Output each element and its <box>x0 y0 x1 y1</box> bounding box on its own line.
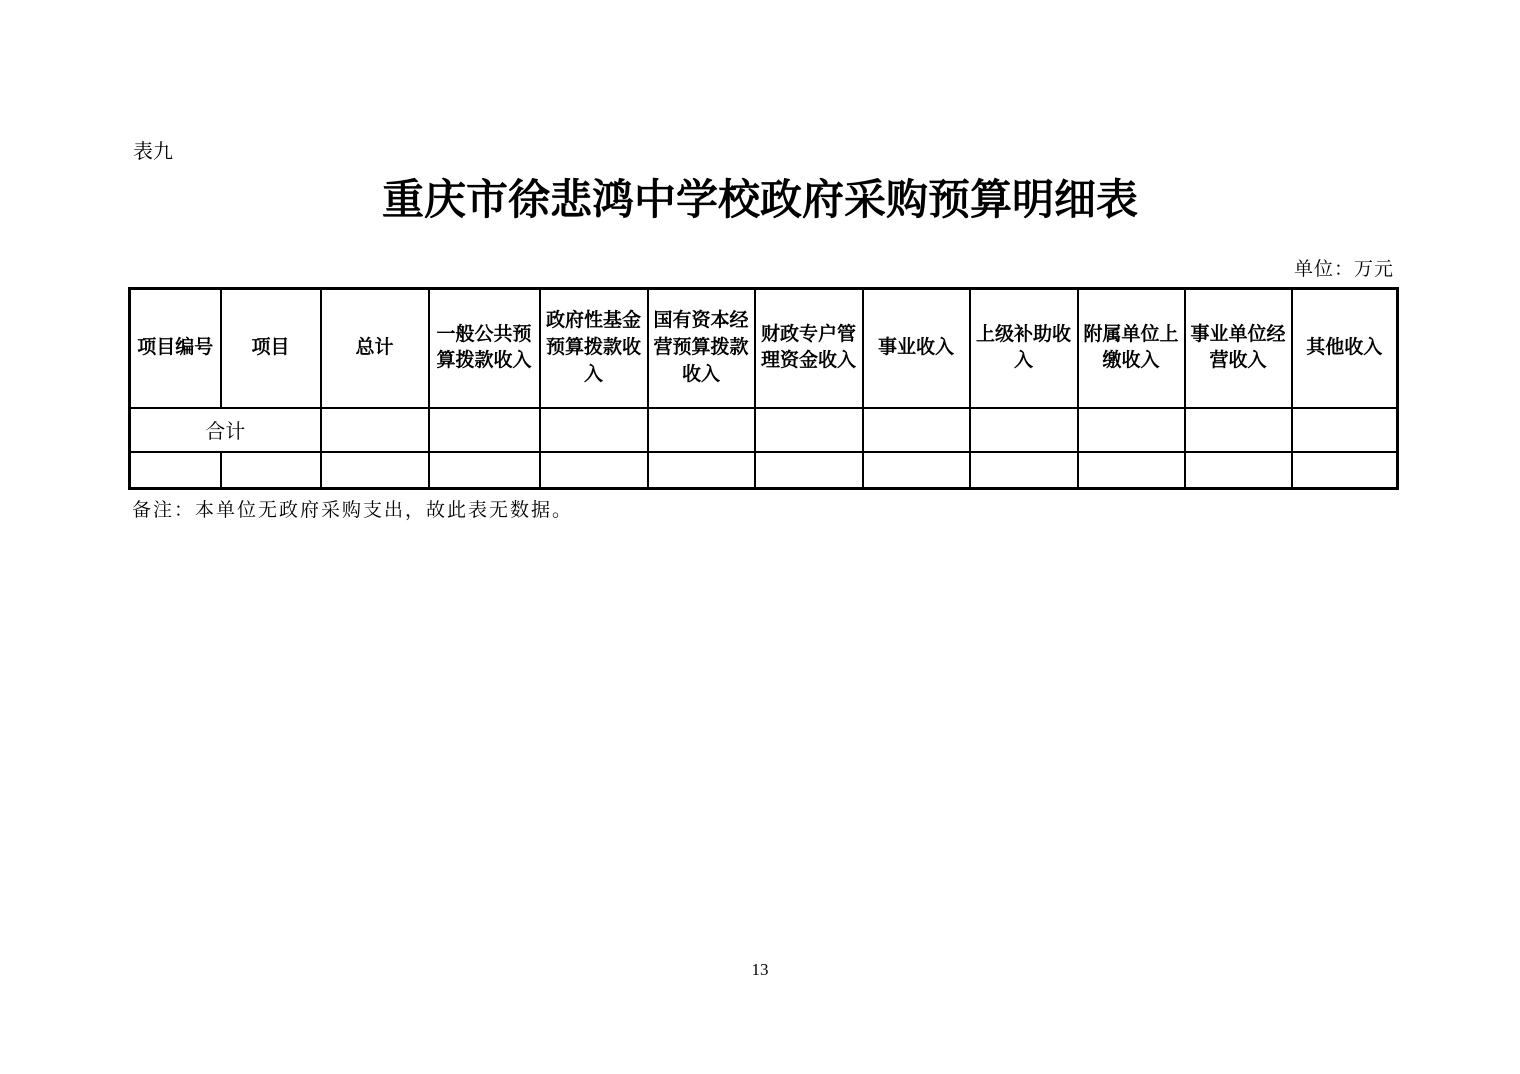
footnote: 备注：本单位无政府采购支出，故此表无数据。 <box>132 495 573 522</box>
column-header-operating-income: 事业收入 <box>863 289 970 408</box>
empty-cell <box>648 452 755 489</box>
empty-cell <box>1078 452 1185 489</box>
empty-cell <box>1185 452 1292 489</box>
empty-cell <box>321 408 429 452</box>
empty-cell <box>1078 408 1185 452</box>
column-header-other-income: 其他收入 <box>1292 289 1398 408</box>
empty-cell <box>321 452 429 489</box>
column-header-govt-fund-budget: 政府性基金预算拨款收入 <box>540 289 648 408</box>
total-label-cell: 合计 <box>130 408 321 452</box>
column-header-fiscal-account-funds: 财政专户管理资金收入 <box>755 289 863 408</box>
empty-cell <box>755 452 863 489</box>
empty-cell <box>1292 452 1398 489</box>
empty-cell <box>863 452 970 489</box>
empty-cell <box>429 452 540 489</box>
empty-cell <box>221 452 321 489</box>
unit-label: 单位：万元 <box>1294 254 1394 281</box>
empty-cell <box>130 452 221 489</box>
empty-cell <box>863 408 970 452</box>
column-header-total: 总计 <box>321 289 429 408</box>
empty-cell <box>1292 408 1398 452</box>
column-header-superior-subsidy: 上级补助收入 <box>970 289 1078 408</box>
header-row: 项目编号 项目 总计 一般公共预算拨款收入 政府性基金预算拨款收入 国有资本经营… <box>130 289 1398 408</box>
empty-cell <box>970 408 1078 452</box>
column-header-state-capital-budget: 国有资本经营预算拨款收入 <box>648 289 755 408</box>
column-header-institution-business-income: 事业单位经营收入 <box>1185 289 1292 408</box>
empty-cell <box>1185 408 1292 452</box>
table-row-empty <box>130 452 1398 489</box>
column-header-general-public-budget: 一般公共预算拨款收入 <box>429 289 540 408</box>
table-number-label: 表九 <box>133 135 173 164</box>
empty-cell <box>970 452 1078 489</box>
column-header-affiliate-remittance: 附属单位上缴收入 <box>1078 289 1185 408</box>
page-title: 重庆市徐悲鸿中学校政府采购预算明细表 <box>0 174 1520 227</box>
column-header-project-id: 项目编号 <box>130 289 221 408</box>
document-page: 表九 重庆市徐悲鸿中学校政府采购预算明细表 单位：万元 项目编号 项目 总计 一… <box>0 0 1520 1074</box>
empty-cell <box>540 452 648 489</box>
empty-cell <box>755 408 863 452</box>
table-row-total: 合计 <box>130 408 1398 452</box>
empty-cell <box>429 408 540 452</box>
empty-cell <box>648 408 755 452</box>
procurement-budget-table: 项目编号 项目 总计 一般公共预算拨款收入 政府性基金预算拨款收入 国有资本经营… <box>128 287 1399 490</box>
column-header-project: 项目 <box>221 289 321 408</box>
empty-cell <box>540 408 648 452</box>
page-number: 13 <box>0 960 1520 980</box>
